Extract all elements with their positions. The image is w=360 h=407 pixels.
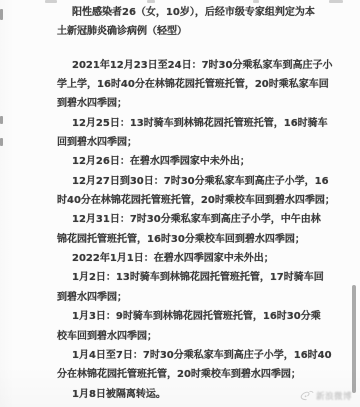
- text-line: 锦花园托管班托管，16时30分乘校车回到碧水四季园；: [57, 230, 335, 249]
- text-line: 校车回到碧水四季园；: [57, 327, 335, 346]
- case-report-screenshot: 阳性感染者26（女，10岁），后经市级专家组判定为本土新冠肺炎确诊病例（轻型） …: [0, 0, 360, 407]
- text-line: 12月25日：13时骑车到林锦花园托管班托管，16时骑车: [57, 114, 335, 133]
- text-line: 到碧水四季园；: [57, 94, 335, 113]
- case-report-text: 阳性感染者26（女，10岁），后经市级专家组判定为本土新冠肺炎确诊病例（轻型） …: [57, 3, 335, 404]
- cropped-text-artifact: [45, 0, 57, 3]
- weibo-logo-icon: [300, 386, 314, 405]
- case-timeline-paragraphs: 2021年12月23日至24日：7时30分乘私家车到高庄子小学上学，16时40分…: [57, 56, 335, 404]
- cropped-text-artifact: [0, 138, 3, 146]
- text-line: 时40分在林锦花园托管班托管，20时乘校车回到碧水四季园；: [57, 191, 335, 210]
- text-line: 1月4日至7日：7时30分乘私家车到高庄子小学，16时40: [57, 346, 335, 365]
- text-line: 2022年1月1日：在碧水四季园家中未外出；: [57, 249, 335, 268]
- watermark: 新浪微博: [300, 388, 352, 403]
- text-line: 学上学，16时40分在林锦花园托管班托管，20时乘私家车回: [57, 75, 335, 94]
- scrollbar-thumb[interactable]: [352, 285, 356, 393]
- text-line: 土新冠肺炎确诊病例（轻型）: [57, 22, 335, 41]
- text-line: 12月26日：在碧水四季园家中未外出；: [57, 152, 335, 171]
- cropped-text-artifact: [0, 116, 3, 124]
- text-line: 12月31日：7时30分乘私家车到高庄子小学，中午由林: [57, 210, 335, 229]
- cropped-text-artifact: [0, 9, 3, 20]
- text-line: 1月3日：9时骑车到林锦花园托管班托管，16时30分乘: [57, 307, 335, 326]
- text-line: 阳性感染者26（女，10岁），后经市级专家组判定为本: [57, 3, 335, 22]
- text-line: 到碧水四季园；: [57, 288, 335, 307]
- text-line: 分在林锦花园托管班托管，20时乘校车到碧水四季园；: [57, 365, 335, 384]
- text-line: 2021年12月23日至24日：7时30分乘私家车到高庄子小: [57, 56, 335, 75]
- text-line: 1月8日被隔离转运。: [57, 385, 335, 404]
- watermark-text: 新浪微博: [316, 390, 352, 402]
- case-summary-paragraph: 阳性感染者26（女，10岁），后经市级专家组判定为本土新冠肺炎确诊病例（轻型）: [57, 3, 335, 42]
- text-line: 12月27日到30日：7时30分乘私家车到高庄子小学，16: [57, 172, 335, 191]
- text-line: 1月2日：13时骑车到林锦花园托管班托管，17时骑车回: [57, 268, 335, 287]
- text-line: 回到碧水四季园；: [57, 133, 335, 152]
